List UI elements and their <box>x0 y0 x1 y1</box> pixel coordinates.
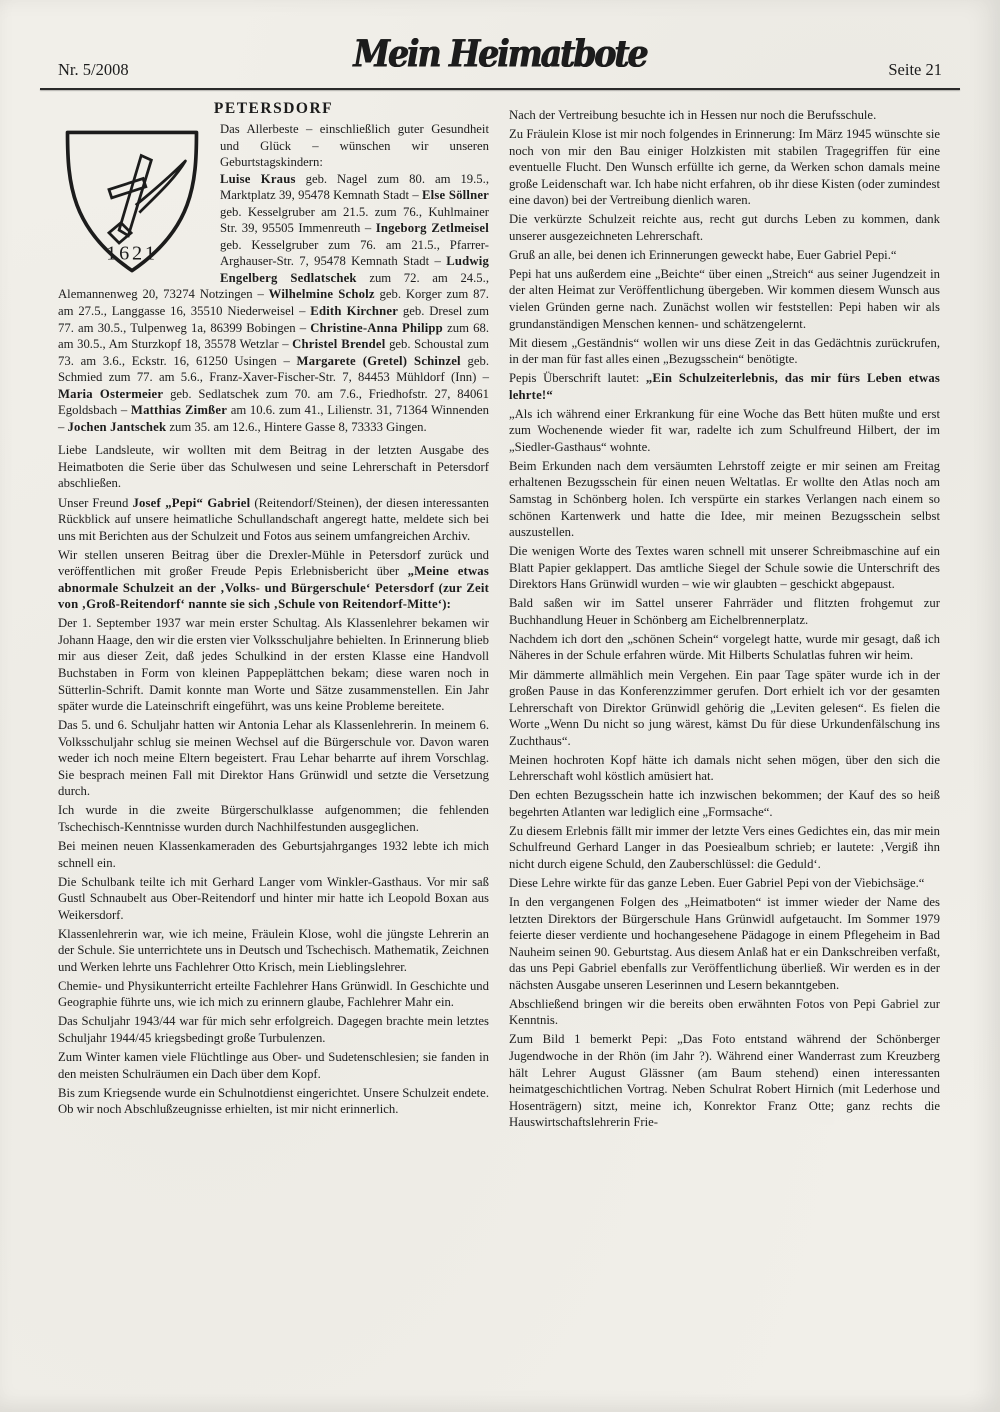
petersdorf-crest-icon: 1621 <box>58 126 206 278</box>
paragraph: Klassenlehrerin war, wie ich meine, Fräu… <box>58 926 489 976</box>
paragraph: Wir stellen unseren Beitrag über die Dre… <box>58 547 489 613</box>
paragraph: Das Schuljahr 1943/44 war für mich sehr … <box>58 1013 489 1046</box>
newspaper-page: Nr. 5/2008 Mein Heimatbote Seite 21 PETE… <box>0 0 1000 1412</box>
paragraph: Nachdem ich dort den „schönen Schein“ vo… <box>509 631 940 664</box>
paragraph: Zu diesem Erlebnis fällt mir immer der l… <box>509 823 940 873</box>
page-number: Seite 21 <box>888 60 942 80</box>
paragraph: Das 5. und 6. Schuljahr hatten wir Anton… <box>58 717 489 800</box>
paragraph: Nach der Vertreibung besuchte ich in Hes… <box>509 107 940 124</box>
left-column: PETERSDORF 1621 Das Allerbeste – einschl… <box>58 100 489 1398</box>
paragraph: Chemie- und Physikunterricht erteilte Fa… <box>58 978 489 1011</box>
paragraph: Unser Freund Josef „Pepi“ Gabriel (Reite… <box>58 495 489 545</box>
header-divider <box>40 88 960 90</box>
right-column-paragraphs: Nach der Vertreibung besuchte ich in Hes… <box>509 107 940 1131</box>
paragraph: Gruß an alle, bei denen ich Erinnerungen… <box>509 247 940 264</box>
paragraph: Der 1. September 1937 war mein erster Sc… <box>58 615 489 714</box>
article-columns: PETERSDORF 1621 Das Allerbeste – einschl… <box>58 100 940 1398</box>
paragraph: Die wenigen Worte des Textes waren schne… <box>509 543 940 593</box>
paragraph: Bei meinen neuen Klassenkameraden des Ge… <box>58 838 489 871</box>
paragraph: Mir dämmerte allmählich mein Vergehen. E… <box>509 667 940 750</box>
paragraph: „Als ich während einer Erkrankung für ei… <box>509 406 940 456</box>
paragraph: Meinen hochroten Kopf hätte ich damals n… <box>509 752 940 785</box>
paragraph: Bald saßen wir im Sattel unserer Fahrräd… <box>509 595 940 628</box>
paragraph: Die verkürzte Schulzeit reichte aus, rec… <box>509 211 940 244</box>
paragraph: Beim Erkunden nach dem versäumten Lehrst… <box>509 458 940 541</box>
right-column: Nach der Vertreibung besuchte ich in Hes… <box>509 100 940 1398</box>
paragraph: Zu Fräulein Klose ist mir noch folgendes… <box>509 126 940 209</box>
paragraph: Diese Lehre wirkte für das ganze Leben. … <box>509 875 940 892</box>
paragraph: Bis zum Kriegsende wurde ein Schulnotdie… <box>58 1085 489 1118</box>
left-column-paragraphs: Liebe Landsleute, wir wollten mit dem Be… <box>58 442 489 1117</box>
paragraph: Pepi hat uns außerdem eine „Beichte“ übe… <box>509 266 940 332</box>
paragraph: Zum Bild 1 bemerkt Pepi: „Das Foto entst… <box>509 1031 940 1130</box>
page-header: Nr. 5/2008 Mein Heimatbote Seite 21 <box>58 40 942 84</box>
masthead-title: Mein Heimatbote <box>353 32 646 76</box>
section-title: PETERSDORF <box>58 100 489 118</box>
crest-year: 1621 <box>106 243 158 265</box>
paragraph: Abschließend bringen wir die bereits obe… <box>509 996 940 1029</box>
paragraph: Die Schulbank teilte ich mit Gerhard Lan… <box>58 874 489 924</box>
paragraph: Zum Winter kamen viele Flüchtlinge aus O… <box>58 1049 489 1082</box>
paragraph: Pepis Überschrift lautet: „Ein Schulzeit… <box>509 370 940 403</box>
paragraph: In den vergangenen Folgen des „Heimatbot… <box>509 894 940 993</box>
paragraph: Liebe Landsleute, wir wollten mit dem Be… <box>58 442 489 492</box>
paragraph: Den echten Bezugsschein hatte ich inzwis… <box>509 787 940 820</box>
paragraph: Ich wurde in die zweite Bürgerschulklass… <box>58 802 489 835</box>
paragraph: Mit diesem „Geständnis“ wollen wir uns d… <box>509 335 940 368</box>
issue-number: Nr. 5/2008 <box>58 60 129 80</box>
